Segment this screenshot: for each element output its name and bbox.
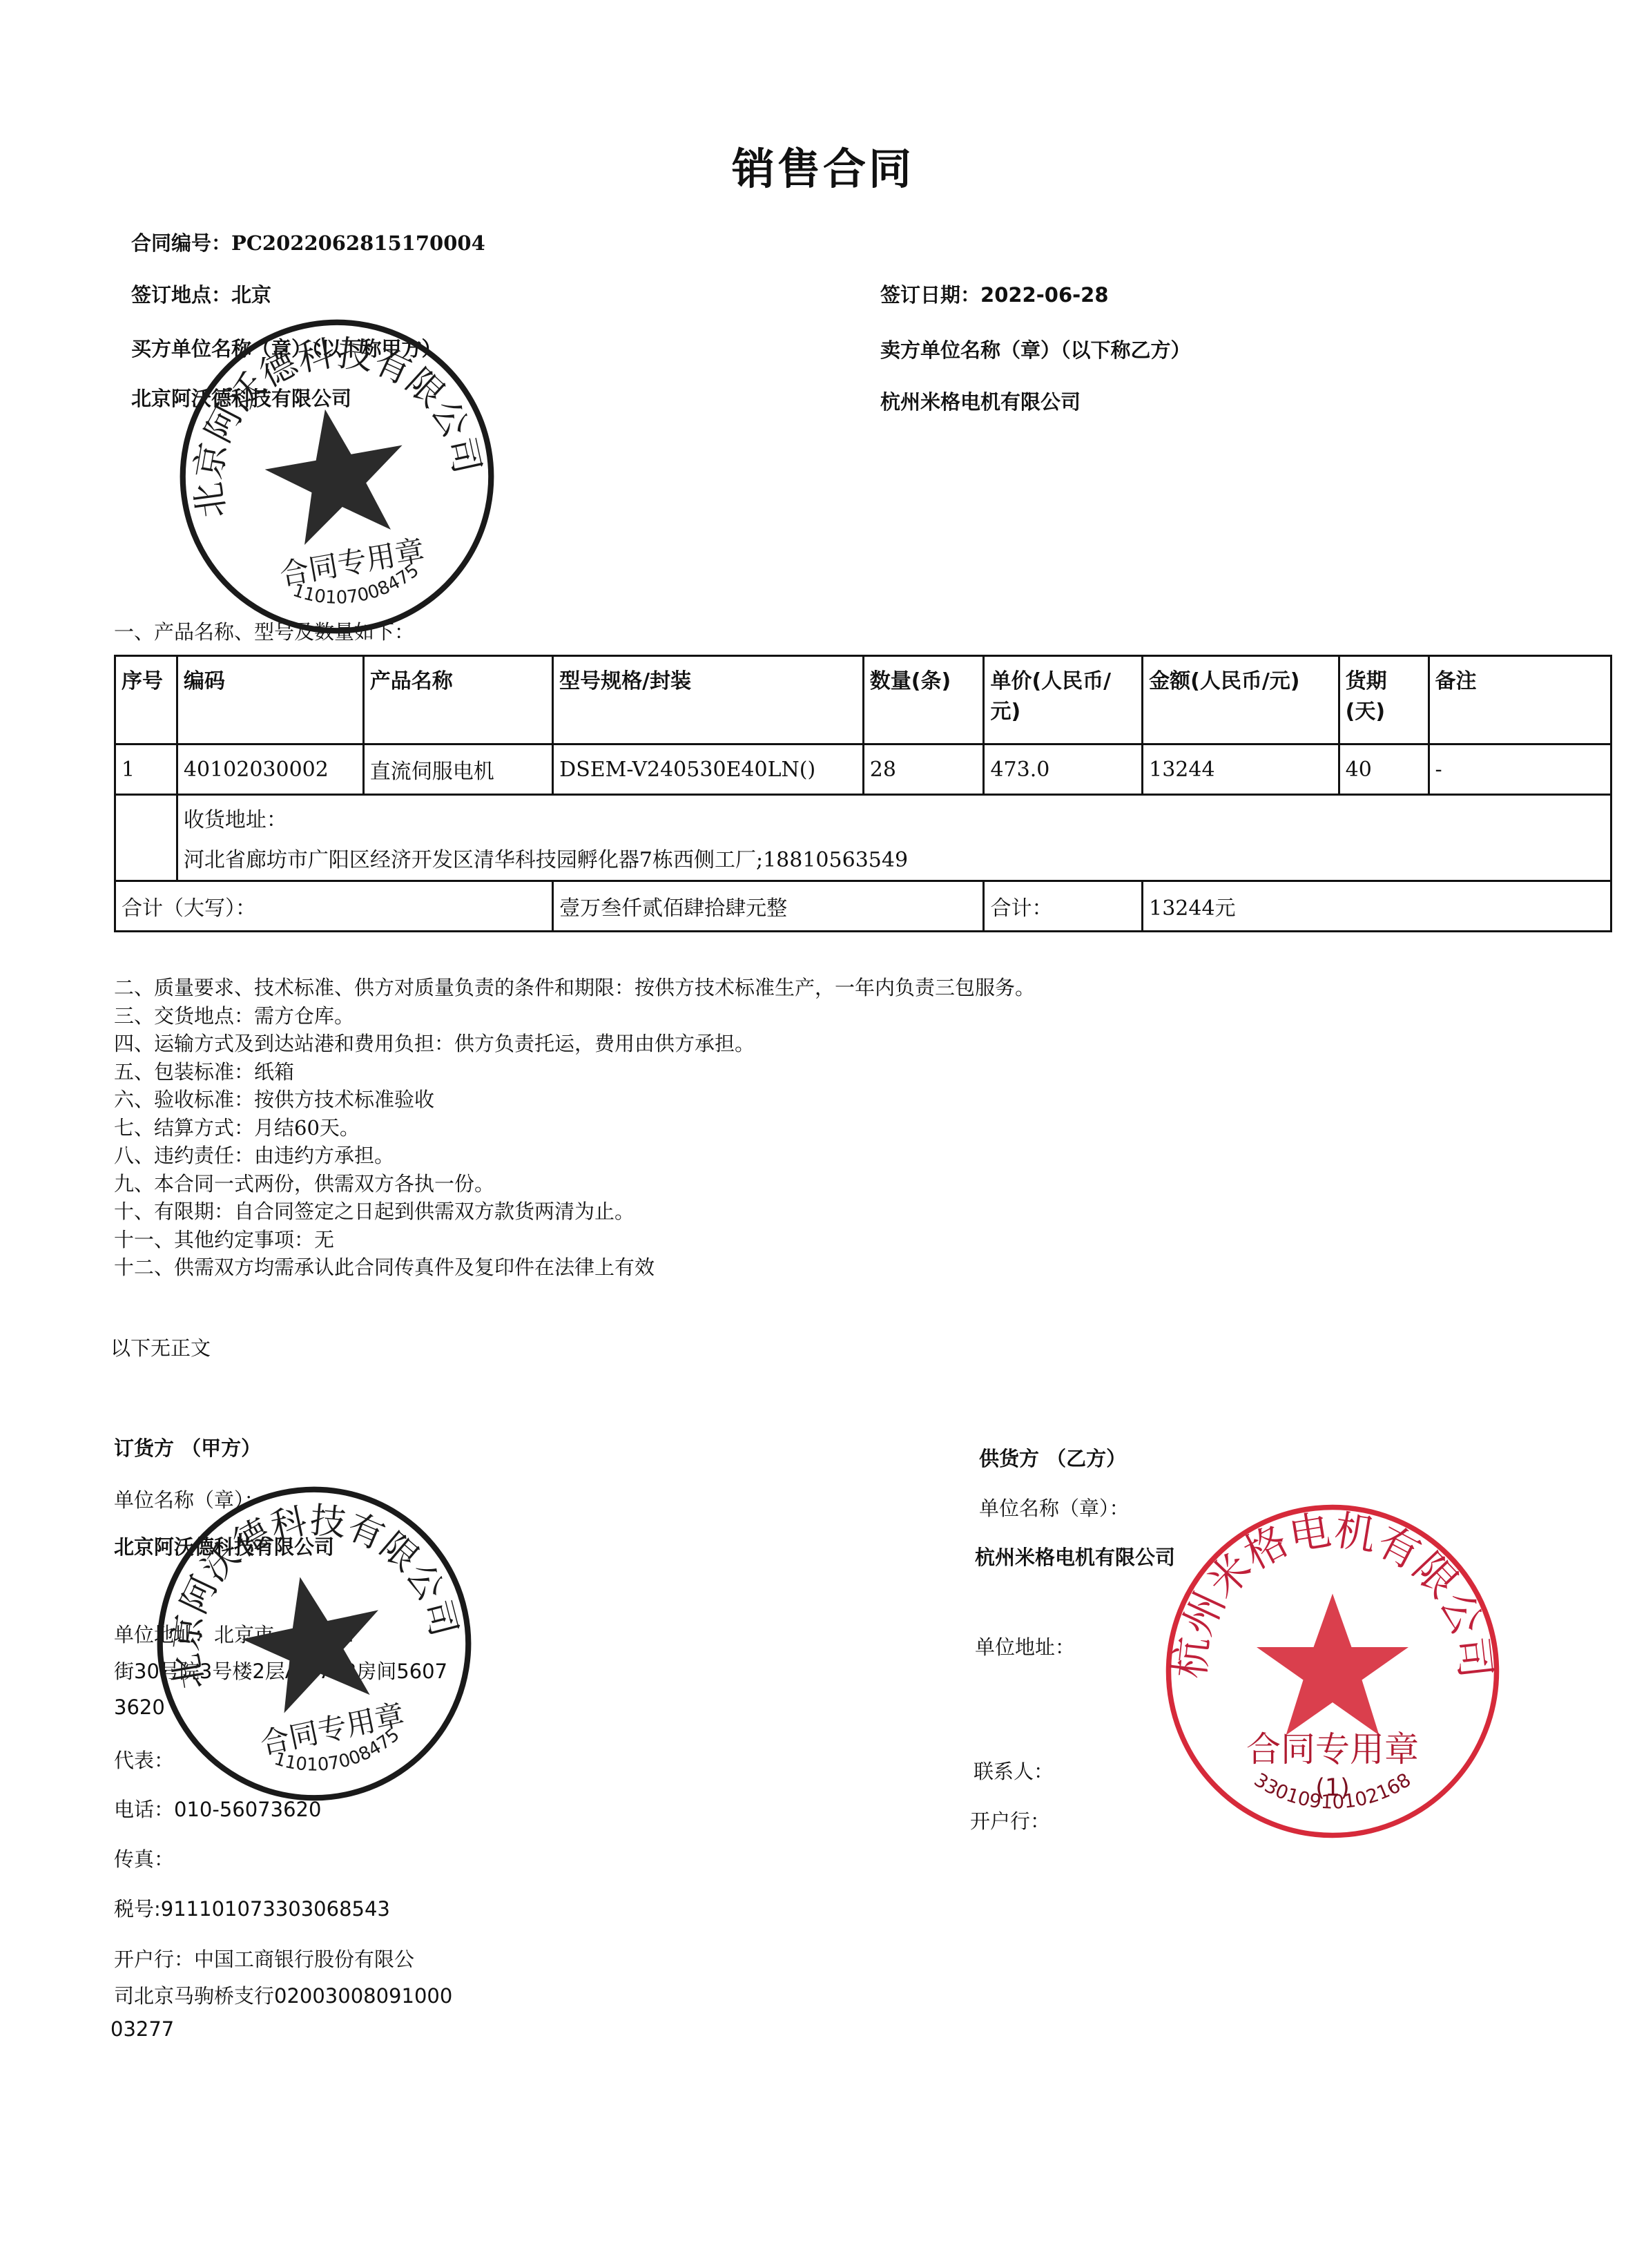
end-note: 以下无正文 <box>110 1333 211 1361</box>
header-unit-price: 单价(人民币/元) <box>984 656 1143 744</box>
svg-text:合同专用章: 合同专用章 <box>1246 1729 1419 1769</box>
buyer-name: 北京阿沃德科技有限公司 <box>131 383 351 412</box>
seller-name: 杭州米格电机有限公司 <box>880 387 1081 415</box>
total-upper-label: 合计（大写）： <box>115 881 553 932</box>
svg-text:(1): (1) <box>1315 1774 1350 1802</box>
cell-amount: 13244 <box>1143 744 1339 795</box>
seller-seal: 杭州米格电机有限公司 合同专用章 (1) 3301091010216​8 <box>1160 1499 1505 1844</box>
page-title: 销售合同 <box>0 135 1646 196</box>
total-upper-value: 壹万叁仟贰佰肆拾肆元整 <box>553 881 984 932</box>
party-a-address-line3: 3620 <box>114 1695 165 1719</box>
svg-text:110107008475: 110107008475 <box>287 559 426 618</box>
party-a-heading: 订货方 （甲方） <box>114 1433 261 1461</box>
party-a-bank-line1: 开户行：中国工商银行股份有限公 <box>114 1944 414 1972</box>
total-label: 合计： <box>984 881 1143 932</box>
cell-unit-price: 473.0 <box>984 744 1143 795</box>
party-b-heading: 供货方 （乙方） <box>979 1443 1126 1472</box>
cell-product-name: 直流伺服电机 <box>363 744 552 795</box>
cell-code: 40102030002 <box>177 744 363 795</box>
seller-heading: 卖方单位名称（章）（以下称乙方） <box>880 335 1191 363</box>
table-row: 1 40102030002 直流伺服电机 DSEM-V240530E40LN()… <box>115 744 1611 795</box>
delivery-address-label: 收货地址： <box>184 803 1605 833</box>
party-a-name-label: 单位名称（章）： <box>114 1485 264 1513</box>
contract-number-value: PC2022062815170004 <box>231 231 485 255</box>
term-item: 十、有限期：自合同签定之日起到供需双方款货两清为止。 <box>114 1198 1035 1226</box>
term-item: 七、结算方式：月结60天。 <box>114 1114 1035 1142</box>
party-a-tax-id: 税号:91110107330306854​3 <box>114 1894 390 1922</box>
buyer-heading: 买方单位名称（章）（以下称甲方） <box>131 334 442 362</box>
header-remark: 备注 <box>1429 656 1611 744</box>
term-item: 十一、其他约定事项：无 <box>114 1226 1035 1254</box>
term-item: 八、违约责任：由违约方承担。 <box>114 1142 1035 1170</box>
party-b-bank-label: 开户行： <box>970 1806 1050 1834</box>
party-a-phone: 电话：010-56073620 <box>114 1794 321 1823</box>
table-header-row: 序号 编码 产品名称 型号规格/封装 数量(条) 单价(人民币/元) 金额(人民… <box>115 656 1611 744</box>
delivery-address-cell: 收货地址： 河北省廊坊市广阳区经济开发区清华科技园孵化器7栋西侧工厂;18810… <box>177 795 1611 881</box>
products-intro: 一、产品名称、型号及数量如下： <box>114 617 414 645</box>
party-a-bank-line3: 03277 <box>110 2017 174 2041</box>
signing-place: 签订地点：北京 <box>131 280 271 308</box>
party-b-name-label: 单位名称（章）： <box>979 1493 1130 1521</box>
term-item: 三、交货地点：需方仓库。 <box>114 1002 1035 1030</box>
header-amount: 金额(人民币/元) <box>1143 656 1339 744</box>
signing-place-label: 签订地点： <box>131 283 231 307</box>
svg-text:合同专用章: 合同专用章 <box>278 533 427 592</box>
header-quantity: 数量(条) <box>863 656 984 744</box>
header-seq: 序号 <box>115 656 177 744</box>
products-table: 序号 编码 产品名称 型号规格/封装 数量(条) 单价(人民币/元) 金额(人民… <box>114 655 1612 932</box>
party-a-bank-line2: 司北京马驹桥支行02003008091000 <box>114 1981 452 2009</box>
term-item: 六、验收标准：按供方技术标准验收 <box>114 1086 1035 1114</box>
term-item: 四、运输方式及到达站港和费用负担：供方负责托运，费用由供方承担。 <box>114 1030 1035 1058</box>
svg-text:3301091010216​8: 3301091010216​8 <box>1250 1769 1415 1814</box>
header-model: 型号规格/封装 <box>553 656 864 744</box>
signing-date-label: 签订日期： <box>880 283 980 307</box>
signing-date: 签订日期：2022-06-28 <box>880 280 1109 308</box>
party-b-contact-label: 联系人： <box>974 1756 1054 1785</box>
header-lead-time: 货期(天) <box>1339 656 1429 744</box>
delivery-address-value: 河北省廊坊市广阳区经济开发区清华科技园孵化器7栋西侧工厂;18810563549 <box>184 843 1605 873</box>
party-a-address-line2: 街30号院3号楼2层A-0773房间5607 <box>114 1656 447 1684</box>
party-b-name: 杭州米格电机有限公司 <box>975 1542 1175 1570</box>
term-item: 二、质量要求、技术标准、供方对质量负责的条件和期限：按供方技术标准生产，一年内负… <box>114 974 1035 1002</box>
cell-lead-time: 40 <box>1339 744 1429 795</box>
signing-date-value: 2022-06-28 <box>980 283 1109 307</box>
total-row: 合计（大写）： 壹万叁仟贰佰肆拾肆元整 合计： 13244元 <box>115 881 1611 932</box>
svg-text:合同专用章: 合同专用章 <box>258 1698 407 1761</box>
party-a-rep-label: 代表： <box>114 1745 174 1774</box>
cell-seq: 1 <box>115 744 177 795</box>
seal-icon: 杭州米格电机有限公司 合同专用章 (1) 3301091010216​8 <box>1160 1499 1505 1844</box>
svg-text:杭州米格电机有限公司: 杭州米格电机有限公司 <box>1165 1506 1500 1681</box>
contract-number-label: 合同编号： <box>131 231 231 255</box>
party-a-name: 北京阿沃德科技有限公司 <box>114 1532 334 1560</box>
delivery-address-row: 收货地址： 河北省廊坊市广阳区经济开发区清华科技园孵化器7栋西侧工厂;18810… <box>115 795 1611 881</box>
header-product-name: 产品名称 <box>363 656 552 744</box>
cell-quantity: 28 <box>863 744 984 795</box>
term-item: 九、本合同一式两份，供需双方各执一份。 <box>114 1170 1035 1198</box>
party-a-fax: 传真： <box>114 1844 174 1872</box>
header-code: 编码 <box>177 656 363 744</box>
total-value: 13244元 <box>1143 881 1611 932</box>
party-b-address-label: 单位地址： <box>975 1632 1075 1660</box>
signing-place-value: 北京 <box>231 283 271 307</box>
term-item: 十二、供需双方均需承认此合同传真件及复印件在法律上有效 <box>114 1253 1035 1282</box>
cell-remark: - <box>1429 744 1611 795</box>
contract-number: 合同编号：PC2022062815170004 <box>131 228 485 256</box>
cell-model: DSEM-V240530E40LN() <box>553 744 864 795</box>
party-a-address-line1: 单位地址：北京市…山区… <box>114 1620 354 1648</box>
svg-text:110107008475: 110107008475 <box>268 1722 407 1787</box>
term-item: 五、包装标准：纸箱 <box>114 1058 1035 1086</box>
terms-list: 二、质量要求、技术标准、供方对质量负责的条件和期限：按供方技术标准生产，一年内负… <box>114 974 1035 1282</box>
